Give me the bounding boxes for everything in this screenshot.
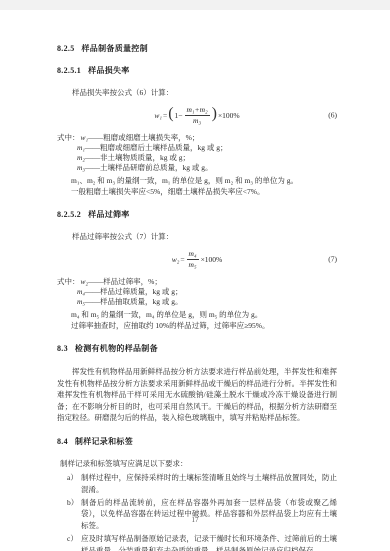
denominator: m₃: [193, 116, 201, 125]
denominator: m₅: [189, 260, 197, 269]
symbol-description: ——粗磨或细磨土壤损失率，%；: [88, 133, 199, 143]
formula-post: ×100%: [218, 111, 240, 120]
loss-rate-intro: 样品损失率按公式（6）计算：: [57, 88, 337, 98]
heading-8-2-5-1: 8.2.5.1样品损失率: [57, 66, 337, 76]
symbol: m₃: [77, 163, 85, 173]
organic-sample-paragraph: 挥发性有机物样品用新鲜样品按分析方法要求进行样品前处理，半挥发性和难挥发性有机物…: [57, 366, 337, 424]
definition-row: 式中： w₂ ——样品过筛率，%；: [57, 277, 337, 287]
list-marker: c）: [67, 533, 81, 551]
symbol-description: ——非土壤物质质量，kg 或 g；: [85, 153, 190, 163]
heading-number: 8.4: [57, 437, 68, 446]
formula-post: ×100%: [201, 255, 223, 264]
formula-lhs: w₁: [154, 111, 162, 120]
heading-title: 制样记录和标签: [75, 437, 133, 446]
document-page: 8.2.5样品制备质量控制 8.2.5.1样品损失率 样品损失率按公式（6）计算…: [0, 0, 390, 551]
where-label: 式中：: [57, 133, 80, 143]
symbol-description: ——粗磨或细磨后土壤样品质量，kg 或 g；: [85, 143, 228, 153]
heading-8-2-5: 8.2.5样品制备质量控制: [57, 44, 337, 54]
symbol-description: ——样品过筛质量，kg 或 g；: [85, 287, 183, 297]
heading-number: 8.2.5: [57, 44, 75, 53]
formula-6-body: w₁ = ( 1− m₁+m₂ m₃ ) ×100%: [154, 106, 239, 125]
equation-number: (6): [328, 111, 337, 120]
sieve-rate-intro: 样品过筛率按公式（7）计算：: [57, 232, 337, 242]
formula-6: w₁ = ( 1− m₁+m₂ m₃ ) ×100% (6): [57, 102, 337, 128]
numerator: m₄: [187, 250, 199, 260]
definition-row: m₂ ——非土壤物质质量，kg 或 g；: [57, 153, 337, 163]
definition-row: 式中： w₁ ——粗磨或细磨土壤损失率，%；: [57, 133, 337, 143]
symbol: m₂: [77, 153, 85, 163]
definition-row: m₁ ——粗磨或细磨后土壤样品质量，kg 或 g；: [57, 143, 337, 153]
formula-7-body: w₂ = m₄ m₅ ×100%: [172, 250, 223, 269]
loss-note-limits: 一般粗磨土壤损失率应<5%，细磨土壤样品损失率应<7%。: [57, 187, 337, 197]
symbol: m₅: [77, 297, 85, 307]
symbol: m₁: [77, 143, 85, 153]
where-label: 式中：: [57, 277, 80, 287]
loss-note-units: m₁、m₂ 和 m₃ 的量纲一致，m₁ 的单位是 g，则 m₂ 和 m₃ 的单位…: [57, 176, 337, 186]
heading-number: 8.3: [57, 344, 68, 353]
equation-number: (7): [328, 255, 337, 264]
list-item-a: a） 制样过程中，应保持采样时的土壤标签清晰且始终与土壤样品放置同处，防止混淆。: [57, 472, 337, 496]
fraction: m₁+m₂ m₃: [185, 106, 210, 125]
symbol: w₂: [81, 277, 89, 287]
sieve-note-check: 过筛率抽查时，应抽取约 10%的样品过筛，过筛率应≥95%。: [57, 321, 337, 331]
heading-title: 样品过筛率: [88, 210, 130, 219]
symbol-description: ——样品过筛率，%；: [88, 277, 162, 287]
symbol: w₁: [81, 133, 89, 143]
equals-sign: =: [180, 255, 184, 264]
list-marker: a）: [67, 472, 81, 496]
heading-8-2-5-2: 8.2.5.2样品过筛率: [57, 210, 337, 220]
list-item-text: 制样过程中，应保持采样时的土壤标签清晰且始终与土壤样品放置同处，防止混淆。: [81, 472, 337, 496]
formula-pre: 1−: [175, 111, 183, 120]
page-number: 17: [0, 516, 390, 524]
heading-title: 样品制备质量控制: [82, 44, 148, 53]
heading-number: 8.2.5.1: [57, 66, 81, 75]
definition-row: m₅ ——样品抽取质量，kg 或 g。: [57, 297, 337, 307]
fraction: m₄ m₅: [187, 250, 199, 269]
heading-8-4: 8.4制样记录和标签: [57, 437, 337, 447]
list-marker: b）: [67, 497, 81, 532]
definition-row: m₄ ——样品过筛质量，kg 或 g；: [57, 287, 337, 297]
heading-number: 8.2.5.2: [57, 210, 81, 219]
formula-7-definitions: 式中： w₂ ——样品过筛率，%； m₄ ——样品过筛质量，kg 或 g； m₅…: [57, 277, 337, 307]
list-item-c: c） 应及时填写样品制备原始记录表，记录干燥时长和环境条件、过筛前后的土壤样品重…: [57, 533, 337, 551]
list-item-text: 应及时填写样品制备原始记录表，记录干燥时长和环境条件、过筛前后的土壤样品重量、分…: [81, 533, 337, 551]
heading-title: 检测有机物的样品制备: [75, 344, 158, 353]
definition-row: m₃ ——土壤样品研磨前总质量，kg 或 g。: [57, 163, 337, 173]
symbol-description: ——土壤样品研磨前总质量，kg 或 g。: [85, 163, 213, 173]
list-item-b: b） 制备后的样品流转前，应在样品容器外再加套一层样品袋（布袋或聚乙烯袋），以免…: [57, 497, 337, 532]
symbol: m₄: [77, 287, 85, 297]
numerator: m₁+m₂: [185, 106, 210, 116]
symbol-description: ——样品抽取质量，kg 或 g。: [85, 297, 183, 307]
sieve-note-units: m₄ 和 m₅ 的量纲一致，m₄ 的单位是 g，则 m₅ 的单位为 g。: [57, 310, 337, 320]
formula-7: w₂ = m₄ m₅ ×100% (7): [57, 246, 337, 272]
formula-lhs: w₂: [172, 255, 180, 264]
equals-sign: =: [163, 111, 167, 120]
records-intro: 制样记录和标签填写应满足以下要求：: [57, 459, 337, 469]
heading-8-3: 8.3检测有机物的样品制备: [57, 344, 337, 354]
heading-title: 样品损失率: [88, 66, 130, 75]
formula-6-definitions: 式中： w₁ ——粗磨或细磨土壤损失率，%； m₁ ——粗磨或细磨后土壤样品质量…: [57, 133, 337, 173]
list-item-text: 制备后的样品流转前，应在样品容器外再加套一层样品袋（布袋或聚乙烯袋），以免样品容…: [81, 497, 337, 532]
